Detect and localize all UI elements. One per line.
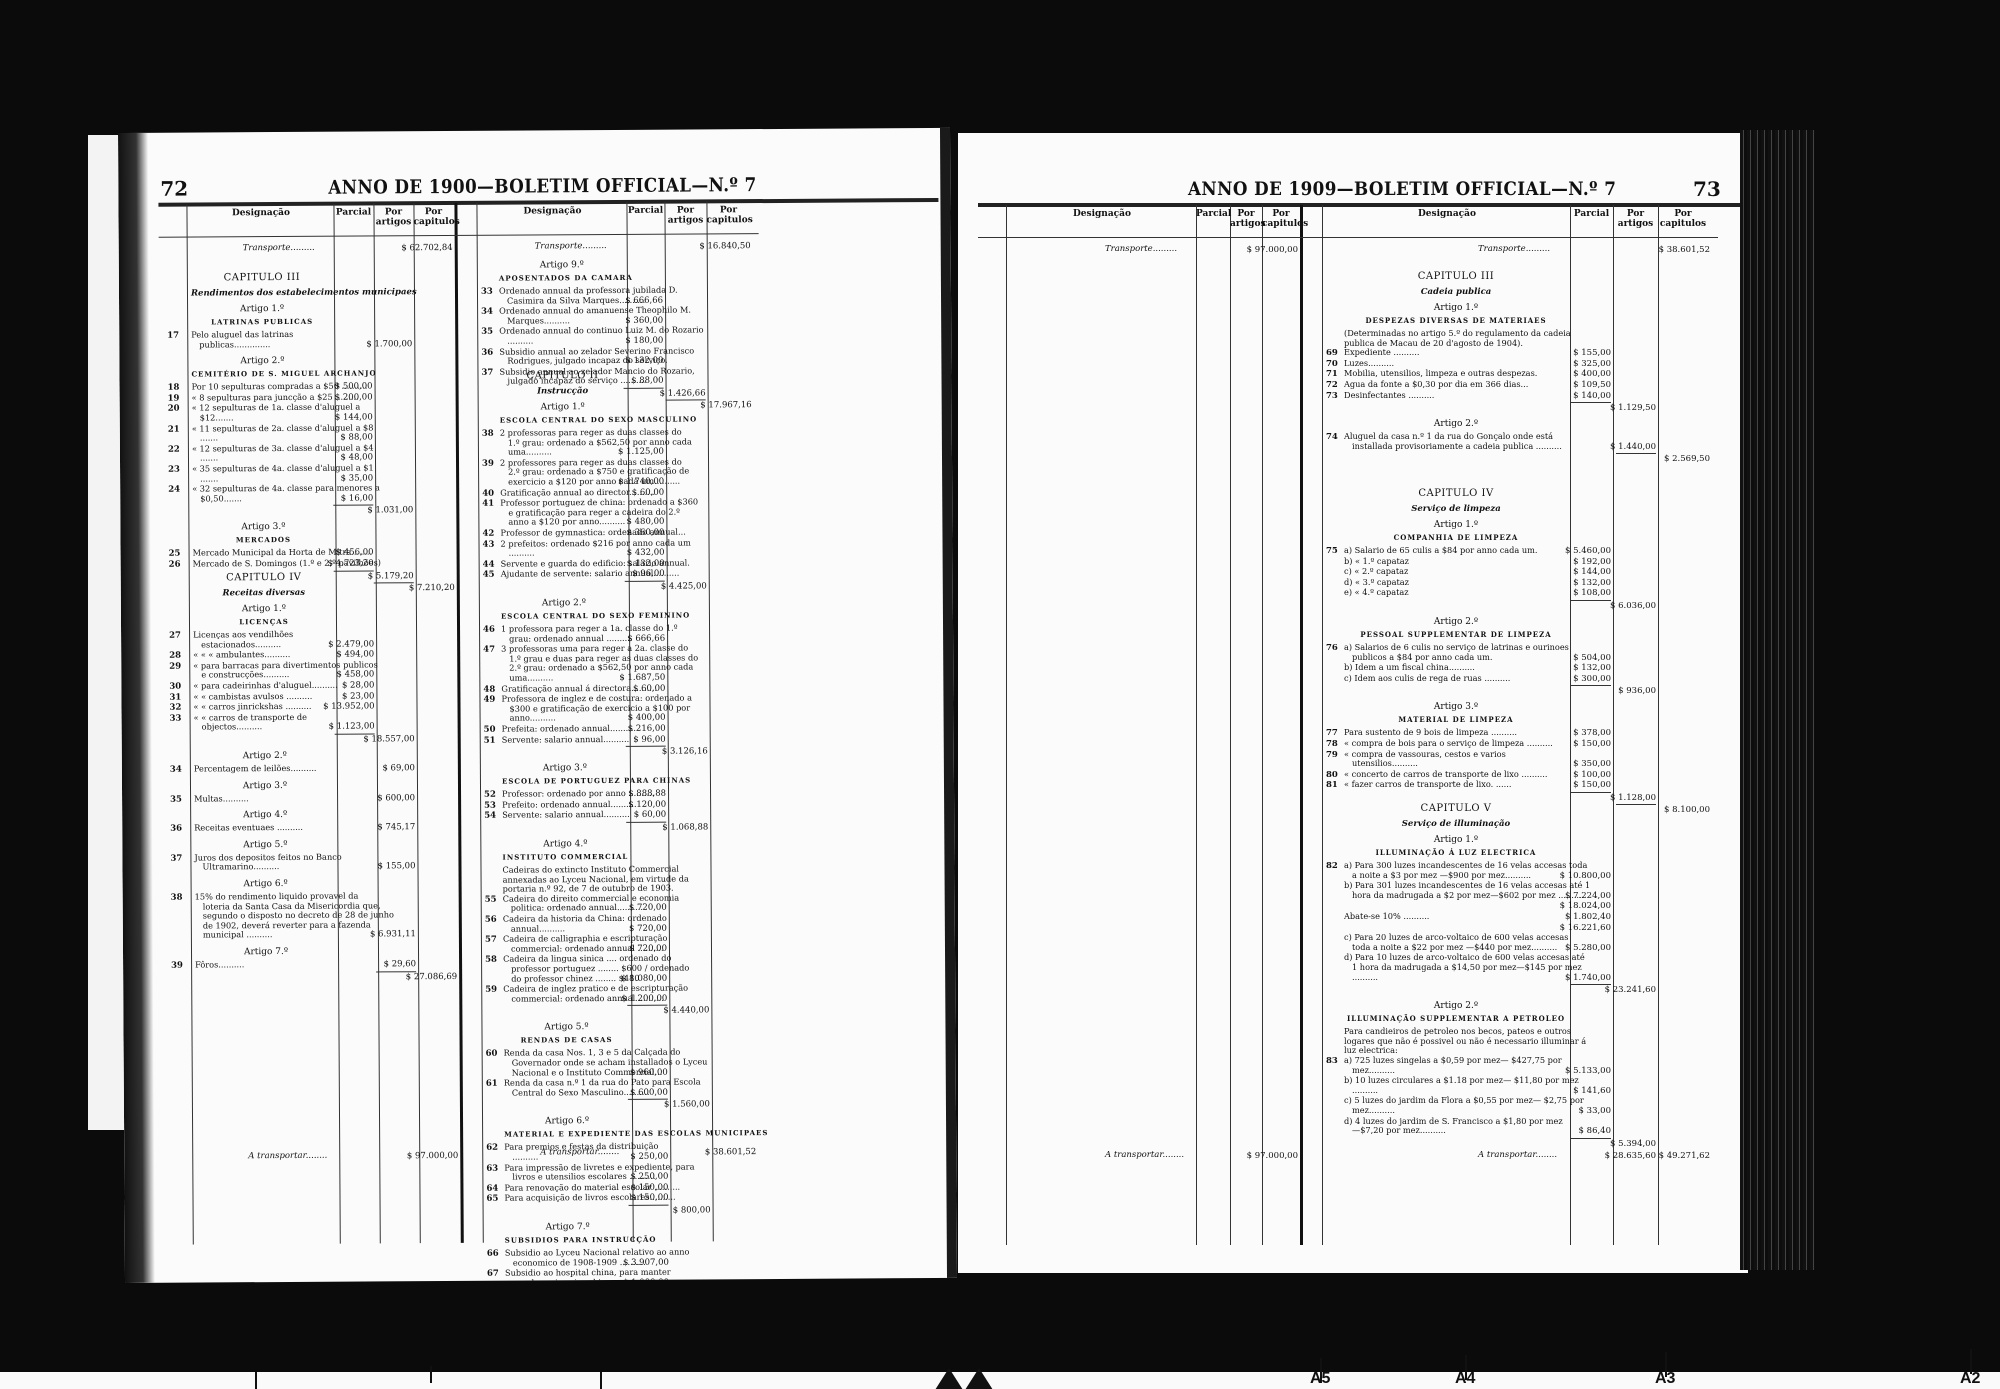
chapter-title: Cadeia publica	[1344, 287, 1568, 297]
item-text: a) Salario de 65 culis a $84 por anno ca…	[1344, 546, 1538, 556]
article-number: 17	[167, 331, 179, 341]
item-text: Expediente ..........	[1344, 348, 1419, 358]
article-number: 42	[482, 529, 494, 539]
parcial-amount: $ 140,00	[1551, 391, 1611, 401]
artigo-amount: $ 69,00	[355, 763, 415, 773]
column-header-designacao: Designação	[478, 206, 626, 217]
parcial-amount: $ 1.200,00	[607, 993, 667, 1003]
item-text: objectos..........	[202, 723, 263, 733]
parcial-amount: $ 7.224,00	[1551, 891, 1611, 901]
column-header-por-artigos: Por artigos	[373, 207, 413, 227]
column-divider	[1262, 205, 1263, 1245]
section-heading: LICENÇAS	[193, 617, 335, 627]
article-number: 62	[486, 1143, 498, 1153]
column-divider	[1230, 205, 1231, 1245]
article-number: 66	[487, 1249, 499, 1259]
carry-amount-capitulos: $ 49.271,62	[1650, 1151, 1710, 1161]
item-text: municipal ..........	[203, 930, 273, 940]
artigo-total: $ 1.128,00	[1596, 793, 1656, 803]
item-text: ..........	[509, 549, 535, 559]
article-number: 22	[168, 444, 180, 454]
article-number: 33	[170, 713, 182, 723]
parcial-amount: $ 96,00	[605, 569, 665, 579]
running-head: ANNO DE 1909—BOLETIM OFFICIAL—N.º 7	[1188, 178, 1616, 200]
artigo-heading: Artigo 2.º	[194, 751, 336, 762]
item-text: ..........	[1352, 1086, 1378, 1096]
artigo-heading: Artigo 6.º	[504, 1116, 630, 1127]
artigo-total: $ 1.426,66	[646, 388, 706, 398]
artigo-amount: $ 745,17	[355, 822, 415, 832]
carry-label: A transportar........	[540, 1148, 619, 1158]
parcial-amount: $ 144,00	[1551, 567, 1611, 577]
item-text: Desinfectantes ..........	[1344, 391, 1434, 401]
artigo-heading: Artigo 2.º	[501, 598, 627, 609]
artigo-heading: Artigo 4.º	[194, 810, 336, 821]
artigo-total: $ 6.036,00	[1596, 601, 1656, 611]
item-text: Percentagem de leilões..........	[194, 764, 317, 774]
article-number: 65	[486, 1194, 498, 1204]
item-text: .......	[200, 454, 218, 464]
parcial-amount: $ 100,00	[1551, 770, 1611, 780]
artigo-heading: Artigo 6.º	[195, 879, 337, 890]
article-number: 37	[481, 368, 493, 378]
column-header-designacao: Designação	[1324, 209, 1570, 219]
column-header-designacao: Designação	[1008, 209, 1196, 219]
left-page: 72 ANNO DE 1900—BOLETIM OFFICIAL—N.º 7 D…	[118, 128, 957, 1283]
artigo-heading: Artigo 5.º	[194, 839, 336, 850]
column-header-por-capitulos: Por capitulos	[1658, 209, 1708, 229]
item-text: —$7,20 por mez..........	[1352, 1126, 1446, 1136]
section-heading: RENDAS DE CASAS	[504, 1035, 630, 1045]
parcial-amount: $ 108,00	[1551, 588, 1611, 598]
article-number: 51	[484, 735, 496, 745]
chapter-heading: CAPITULO IV	[193, 572, 335, 584]
item-text: ..........	[507, 336, 533, 346]
article-number: 71	[1326, 369, 1338, 379]
carry-amount: $ 38.601,52	[696, 1147, 756, 1157]
parcial-amount: $ 150,00	[1551, 739, 1611, 749]
artigo-heading: Artigo 3.º	[192, 522, 334, 533]
article-number: 58	[485, 955, 497, 965]
article-number: 70	[1326, 359, 1338, 369]
parcial-amount: $ 60,00	[606, 810, 666, 820]
item-text: Agua da fonte a $0,30 por dia em 366 dia…	[1344, 380, 1528, 390]
item-text: « compra de bois para o serviço de limpe…	[1344, 739, 1553, 749]
article-number: 82	[1326, 861, 1338, 871]
item-text: Ultramarino..........	[202, 862, 279, 872]
artigo-amount: $ 6.931,11	[356, 930, 416, 940]
article-number: 23	[168, 465, 180, 475]
article-number: 50	[484, 725, 496, 735]
transport-amount: $ 38.601,52	[1650, 245, 1710, 255]
article-number: 36	[481, 347, 493, 357]
item-text: Marques..........	[507, 316, 570, 326]
film-marker-label: A3	[1655, 1370, 1675, 1388]
article-number: 34	[481, 307, 493, 317]
chapter-heading: CAPITULO IV	[1344, 488, 1568, 499]
parcial-amount: $ 5.133,00	[1551, 1066, 1611, 1076]
parcial-amount: $ 500,00	[313, 382, 373, 392]
article-number: 80	[1326, 770, 1338, 780]
artigo-total: $ 1.560,00	[650, 1100, 710, 1110]
artigo-amount: $ 1.440,00	[1596, 442, 1656, 452]
item-text: annual..........	[511, 924, 565, 934]
column-divider	[1658, 205, 1659, 1245]
film-tick	[600, 1372, 602, 1389]
column-header-designacao: Designação	[188, 208, 333, 219]
parcial-amount: $ 96,00	[606, 734, 666, 744]
item-text: « concerto de carros de transporte de li…	[1344, 770, 1547, 780]
item-text: $0,50.......	[200, 494, 242, 504]
artigo-heading: Artigo 1.º	[193, 604, 335, 615]
column-divider	[706, 201, 713, 1241]
article-number: 39	[482, 459, 494, 469]
section-heading: ESCOLA CENTRAL DO SEXO MASCULINO	[500, 415, 626, 425]
parcial-amount: $ 888,88	[606, 789, 666, 799]
article-number: 52	[484, 790, 496, 800]
article-number: 33	[481, 287, 493, 297]
parcial-amount: $ 86,40	[1551, 1126, 1611, 1136]
article-number: 28	[169, 651, 181, 661]
column-divider	[1196, 205, 1197, 1245]
item-text: b) Idem a um fiscal china..........	[1344, 663, 1475, 673]
parcial-amount: $ 5.280,00	[1551, 943, 1611, 953]
parcial-amount: $ 216,00	[606, 724, 666, 734]
column-divider	[1322, 205, 1323, 1245]
film-tick	[430, 1366, 432, 1383]
article-number: 19	[168, 393, 180, 403]
parcial-amount: $ 150,00	[608, 1193, 668, 1203]
artigo-heading: Artigo 4.º	[502, 839, 628, 850]
column-header-parcial: Parcial	[1570, 209, 1613, 219]
article-number: 48	[483, 684, 495, 694]
article-number: 46	[483, 625, 495, 635]
artigo-amount: $ 29,60	[356, 959, 416, 969]
item-text: Receitas eventuaes ..........	[194, 823, 303, 833]
parcial-amount: $ 1.802,40	[1551, 912, 1611, 922]
article-number: 49	[483, 695, 495, 705]
parcial-amount: $ 2.479,00	[314, 639, 374, 649]
left-column-block: Transporte.........$ 62.702,84CAPITULO I…	[118, 128, 950, 133]
item-text: installada provisoriamente a cadeia publ…	[1352, 442, 1562, 452]
item-text: Multas..........	[194, 794, 249, 804]
article-number: 32	[169, 703, 181, 713]
item-text: c) « 2.º capataz	[1344, 567, 1408, 577]
artigo-heading: Artigo 1.º	[1344, 303, 1568, 313]
header-rule	[978, 203, 1748, 207]
parcial-amount: $ 325,00	[1551, 359, 1611, 369]
item-text: utensilios..........	[1352, 759, 1418, 769]
article-number: 18	[168, 383, 180, 393]
article-number: 40	[482, 488, 494, 498]
article-number: 54	[484, 811, 496, 821]
item-text: Luzes..........	[1344, 359, 1394, 369]
parcial-amount: $ 4.723,20	[314, 558, 374, 568]
column-divider	[1613, 205, 1614, 1245]
article-number: 35	[481, 327, 493, 337]
parcial-amount: $ 28,00	[314, 680, 374, 690]
section-heading: PESSOAL SUPPLEMENTAR DE LIMPEZA	[1344, 630, 1568, 639]
artigo-total: $ 1.031,00	[353, 506, 413, 516]
parcial-amount: $ 88,00	[313, 433, 373, 443]
chapter-heading: CAPITULO III	[191, 272, 333, 284]
parcial-amount: $ 250,00	[608, 1172, 668, 1182]
parcial-amount: $ 1.000,00	[609, 1277, 669, 1283]
item-text: hora da madrugada a $2 por mez—$602 por …	[1352, 891, 1584, 901]
column-header-por-capitulos: Por capitulos	[413, 207, 453, 227]
article-number: 55	[485, 894, 497, 904]
parcial-amount: $ 1.125,00	[604, 447, 664, 457]
parcial-amount: $ 18.024,00	[1551, 901, 1611, 911]
chapter-total: $ 7.210,20	[395, 583, 455, 593]
parcial-amount: $ 5.460,00	[1551, 546, 1611, 556]
artigo-heading: Artigo 5.º	[503, 1022, 629, 1033]
artigo-heading: Artigo 2.º	[1344, 1001, 1568, 1011]
artigo-heading: Artigo 7.º	[195, 947, 337, 958]
item-text: « « carros jinrickshas ..........	[193, 702, 311, 712]
article-number: 45	[483, 570, 495, 580]
carry-amount: $ 97.000,00	[398, 1151, 458, 1161]
item-text: Para sustento de 9 bois de limpeza .....…	[1344, 728, 1517, 738]
article-number: 34	[170, 765, 182, 775]
parcial-amount: $ 132,00	[1551, 578, 1611, 588]
article-number: 27	[169, 631, 181, 641]
article-number: 44	[483, 560, 495, 570]
column-header-por-capitulos: Por capitulos	[1262, 209, 1300, 229]
artigo-total: $ 800,00	[651, 1205, 711, 1215]
artigo-total: $ 4.425,00	[647, 581, 707, 591]
article-number: 67	[487, 1269, 499, 1279]
right-column-block: Transporte.........$ 16.840,50Artigo 9.º…	[118, 128, 950, 133]
item-text: « « « ambulantes..........	[193, 650, 290, 660]
column-header-parcial: Parcial	[333, 207, 373, 217]
column-header-por-artigos: Por artigos	[1230, 209, 1262, 229]
item-text: ..........	[1352, 973, 1378, 983]
section-heading: COMPANHIA DE LIMPEZA	[1344, 533, 1568, 542]
article-number: 77	[1326, 728, 1338, 738]
artigo-total: $ 936,00	[1596, 686, 1656, 696]
artigo-total: $ 4.440,00	[649, 1006, 709, 1016]
chapter-heading: CAPITULO III	[1344, 271, 1568, 282]
parcial-amount: $ 350,00	[1551, 759, 1611, 769]
parcial-amount: $ 1.740,00	[604, 477, 664, 487]
article-number: 41	[482, 499, 494, 509]
parcial-amount: $ 1.687,50	[605, 673, 665, 683]
parcial-amount: $ 132,00	[603, 356, 663, 366]
parcial-amount: $ 141,60	[1551, 1086, 1611, 1096]
artigo-heading: Artigo 2.º	[1344, 617, 1568, 627]
artigo-amount: $ 600,00	[355, 793, 415, 803]
film-marker-label: A2	[1960, 1370, 1980, 1388]
article-number: 79	[1326, 750, 1338, 760]
artigo-heading: Artigo 1.º	[1344, 835, 1568, 845]
item-text: mez..........	[1352, 1106, 1395, 1116]
parcial-amount: $ 1.740,00	[1551, 973, 1611, 983]
artigo-heading: Artigo 3.º	[502, 763, 628, 774]
section-heading: ESCOLA CENTRAL DO SEXO FEMININO	[501, 611, 627, 621]
section-heading: ILLUMINAÇÃO SUPPLEMENTAR A PETROLEO	[1344, 1014, 1568, 1023]
item-text: « fazer carros de transporte de lixo. ..…	[1344, 780, 1511, 790]
item-text: b) « 1.º capataz	[1344, 557, 1409, 567]
article-number: 73	[1326, 391, 1338, 401]
parcial-amount: $ 600,00	[608, 1087, 668, 1097]
item-text: publicas..............	[199, 340, 270, 350]
parcial-amount: $ 16.221,60	[1551, 923, 1611, 933]
chapter-heading: CAPITULO II	[499, 370, 625, 382]
article-number: 53	[484, 801, 496, 811]
film-tick	[255, 1372, 257, 1389]
right-page: ANNO DE 1909—BOLETIM OFFICIAL—N.º 7 73 D…	[958, 133, 1748, 1273]
article-number: 24	[168, 485, 180, 495]
article-number: 43	[482, 539, 494, 549]
item-text: Abate-se 10% ..........	[1344, 912, 1429, 922]
parcial-amount: $ 180,00	[603, 336, 663, 346]
section-heading: LATRINAS PUBLICAS	[191, 317, 333, 327]
article-number: 30	[169, 682, 181, 692]
parcial-amount: $ 378,00	[1551, 728, 1611, 738]
carry-label: A transportar........	[1105, 1151, 1184, 1161]
artigo-heading: Artigo 7.º	[505, 1222, 631, 1233]
item-text: Fôros..........	[195, 960, 244, 970]
film-border	[0, 1295, 2000, 1355]
article-number: 38	[482, 429, 494, 439]
item-text: publicos a $84 por anno cada um.	[1352, 653, 1493, 663]
artigo-heading: Artigo 1.º	[191, 304, 333, 315]
article-number: 20	[168, 404, 180, 414]
parcial-amount: $ 120,00	[606, 799, 666, 809]
artigo-heading: Artigo 2.º	[1344, 419, 1568, 429]
item-text: e) « 4.º capataz	[1344, 588, 1409, 598]
book-binding	[1740, 130, 1815, 1270]
item-text: uma..........	[508, 448, 552, 458]
column-divider	[454, 203, 463, 1243]
article-number: 64	[486, 1183, 498, 1193]
carry-amount: $ 97.000,00	[1238, 1151, 1298, 1161]
item-text: .......	[200, 434, 218, 444]
page-number: 72	[160, 177, 188, 201]
parcial-amount: $ 494,00	[314, 650, 374, 660]
article-number: 21	[168, 424, 180, 434]
carry-label: A transportar........	[248, 1152, 327, 1162]
section-heading: CEMITÉRIO DE S. MIGUEL ARCHANJO	[191, 369, 333, 379]
item-text: a noite a $3 por mez —$900 por mez......…	[1352, 871, 1531, 881]
chapter-heading: CAPITULO V	[1344, 803, 1568, 814]
item-text: e construcções..........	[201, 670, 289, 680]
article-number: 56	[485, 915, 497, 925]
transport-amount: $ 62.702,84	[393, 243, 453, 253]
chapter-total: $ 2.569,50	[1650, 454, 1710, 464]
article-number: 25	[169, 549, 181, 559]
carry-label: A transportar........	[1478, 1151, 1557, 1161]
parcial-amount: $ 150,00	[1551, 780, 1611, 790]
carry-amount-artigos: $ 28.635,60	[1596, 1151, 1656, 1161]
item-text: anno..........	[510, 714, 556, 724]
article-number: 69	[1326, 348, 1338, 358]
section-heading: INSTITUTO COMMERCIAL	[502, 852, 628, 862]
item-text: uma..........	[509, 673, 553, 683]
item-text: c) Idem aos culis de rega de ruas ......…	[1344, 674, 1510, 684]
artigo-total: $ 3.126,16	[648, 747, 708, 757]
item-text: 1 hora da madrugada a $14,50 por mez—$14…	[1352, 963, 1582, 973]
chapter-title: Rendimentos dos estabelecimentos municip…	[191, 288, 333, 299]
transport-amount: $ 97.000,00	[1238, 245, 1298, 255]
transport-label: Transporte.........	[535, 242, 607, 252]
article-number: 76	[1326, 643, 1338, 653]
parcial-amount: $ 400,00	[1551, 369, 1611, 379]
artigo-heading: Artigo 3.º	[1344, 702, 1568, 712]
section-heading: MERCADOS	[192, 535, 334, 545]
artigo-heading: Artigo 1.º	[500, 402, 626, 413]
article-number: 59	[485, 985, 497, 995]
transport-amount: $ 16.840,50	[691, 241, 751, 251]
parcial-amount: $ 155,00	[1551, 348, 1611, 358]
parcial-amount: $ 360,00	[604, 528, 664, 538]
artigo-heading: Artigo 2.º	[191, 356, 333, 367]
item-text: ..........	[512, 1152, 538, 1162]
column-header-parcial: Parcial	[626, 206, 664, 216]
article-number: 74	[1326, 432, 1338, 442]
article-number: 57	[485, 935, 497, 945]
column-header-por-artigos: Por artigos	[1613, 209, 1658, 229]
parcial-amount: $ 13.952,00	[314, 702, 374, 712]
chapter-title: Serviço de illuminação	[1344, 819, 1568, 829]
article-number: 60	[486, 1049, 498, 1059]
parcial-amount: $ 192,00	[1551, 557, 1611, 567]
artigo-heading: Artigo 9.º	[499, 260, 625, 271]
film-marker-label: A4	[1455, 1370, 1475, 1388]
article-number: 81	[1326, 780, 1338, 790]
parcial-amount: $ 432,00	[605, 548, 665, 558]
parcial-amount: $ 16,00	[313, 493, 373, 503]
article-number: 29	[169, 661, 181, 671]
item-text: mez..........	[1352, 1066, 1395, 1076]
artigo-total: $ 18.557,00	[355, 734, 415, 744]
artigo-heading: Artigo 1.º	[1344, 520, 1568, 530]
column-divider	[476, 203, 483, 1243]
artigo-total: $ 23.241,60	[1596, 985, 1656, 995]
item-text: b) 10 luzes circulares a $1.18 por mez— …	[1344, 1076, 1579, 1086]
chapter-total: $ 17.967,16	[692, 400, 752, 410]
artigo-total: $ 5.394,00	[1596, 1139, 1656, 1149]
film-marker-strip	[0, 1372, 2000, 1389]
article-number: 61	[486, 1079, 498, 1089]
section-heading: ILLUMINAÇÃO Á LUZ ELECTRICA	[1344, 848, 1568, 857]
artigo-amount: $ 1.700,00	[352, 339, 412, 349]
artigo-total: $ 5.179,20	[354, 571, 414, 581]
artigo-total: $ 1.068,88	[648, 822, 708, 832]
transport-label: Transporte.........	[1478, 245, 1550, 255]
parcial-amount: $ 10.800,00	[1551, 871, 1611, 881]
item-text: .......	[200, 474, 218, 484]
article-number: 35	[170, 794, 182, 804]
article-number: 72	[1326, 380, 1338, 390]
item-text: Mobilia, utensilios, limpeza e outras de…	[1344, 369, 1537, 379]
item-text: $12.......	[200, 413, 234, 423]
column-header-por-capitulos: Por capitulos	[706, 205, 750, 225]
article-number: 38	[171, 893, 183, 903]
parcial-amount: $ 109,50	[1551, 380, 1611, 390]
column-divider	[1300, 205, 1303, 1245]
parcial-amount: $ 33,00	[1551, 1106, 1611, 1116]
article-number: 31	[169, 692, 181, 702]
section-heading: APOSENTADOS DA CAMARA	[499, 273, 625, 283]
section-heading: ESCOLA DE PORTUGUEZ PARA CHINAS	[502, 776, 628, 786]
page-number: 73	[1693, 177, 1721, 201]
item-text: toda a noite a $22 por mez —$440 por mez…	[1352, 943, 1557, 953]
section-heading: MATERIAL E EXPEDIENTE DAS ESCOLAS MUNICI…	[504, 1129, 630, 1139]
article-number: 47	[483, 645, 495, 655]
artigo-amount: $ 155,00	[355, 862, 415, 872]
